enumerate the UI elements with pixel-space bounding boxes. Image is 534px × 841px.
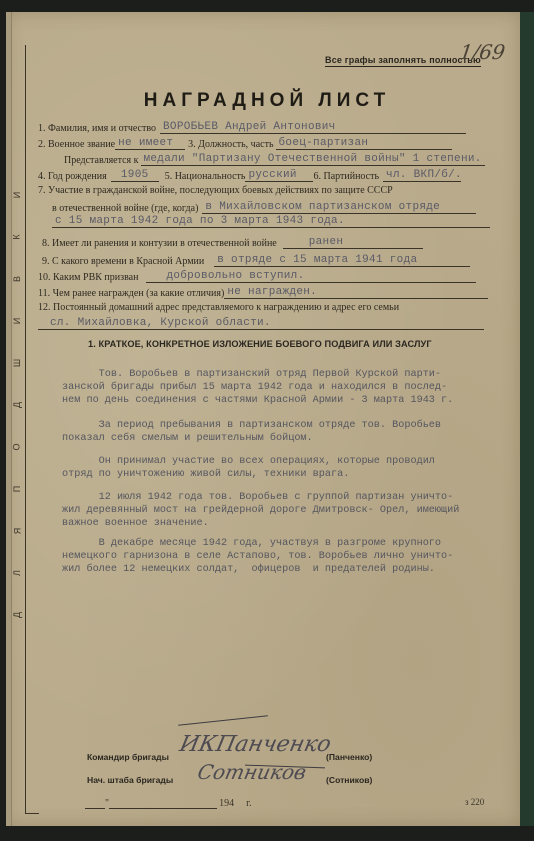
field-6-value: чл. ВКП/б/.: [383, 169, 461, 182]
date-year-suffix: г.: [246, 798, 251, 809]
field-6-label: 6. Партийность: [313, 171, 379, 182]
field-3-value: боец-партизан: [276, 137, 452, 150]
field-2-3-row: 2. Военное звание не имеет 3. Должность,…: [38, 137, 452, 150]
vertical-margin-label: И К В И Ш Д О П Я Л Д: [10, 190, 24, 620]
field-3-label: 3. Должность, часть: [188, 139, 273, 150]
field-10-row: 10. Каким РВК призван добровольно вступи…: [38, 270, 476, 283]
margin-letter: И: [12, 318, 22, 324]
field-1-label: 1. Фамилия, имя и отчество: [38, 123, 156, 134]
presented-value: медали "Партизану Отечественной войны" 1…: [141, 153, 485, 166]
margin-rule-foot: [25, 813, 39, 814]
presented-label: Представляется к: [64, 155, 139, 166]
field-2-value: не имеет: [115, 137, 185, 150]
form-code: з 220: [465, 797, 484, 807]
field-10-value: добровольно вступил.: [146, 270, 476, 283]
chief-of-staff-label: Нач. штаба бригады: [87, 775, 173, 785]
presented-row: Представляется к медали "Партизану Отече…: [64, 153, 485, 166]
field-7-label-line1: 7. Участие в гражданской войне, последую…: [38, 185, 393, 196]
field-10-label: 10. Каким РВК призван: [38, 272, 138, 283]
fill-instruction: Все графы заполнять полностью: [325, 55, 481, 67]
field-4-label: 4. Год рождения: [38, 171, 107, 182]
document-title: НАГРАДНОЙ ЛИСТ: [0, 90, 534, 112]
field-12-row: 12. Постоянный домашний адрес представля…: [38, 302, 399, 313]
field-9-row: 9. С какого времени в Красной Армии в от…: [42, 254, 470, 267]
field-1-row: 1. Фамилия, имя и отчество ВОРОБЬЕВ Андр…: [38, 121, 466, 134]
margin-letter: К: [12, 234, 22, 239]
merit-paragraph-1: Тов. Воробьев в партизанский отряд Перво…: [62, 368, 510, 408]
field-5-value: русский: [245, 169, 313, 182]
field-11-value: не награжден.: [224, 286, 488, 299]
field-12-value: сл. Михайловка, Курской области.: [38, 317, 484, 330]
field-8-label: 8. Имеет ли ранения и контузии в отечест…: [42, 238, 277, 249]
merit-paragraph-3: Он принимал участие во всех операциях, к…: [62, 455, 510, 481]
field-9-label: 9. С какого времени в Красной Армии: [42, 256, 204, 267]
archive-number-handwritten: 1/69: [458, 40, 506, 64]
margin-letter: О: [12, 443, 22, 450]
margin-rule: [25, 45, 26, 813]
field-7-row-2: в отечественной войне (где, когда) в Мих…: [52, 201, 476, 214]
field-12-value-row: сл. Михайловка, Курской области.: [38, 317, 484, 330]
field-4-value: 1905: [111, 169, 159, 182]
margin-letter: И: [12, 192, 22, 198]
field-11-label: 11. Чем ранее награжден (за какие отличи…: [38, 288, 224, 299]
merit-paragraph-2: За период пребывания в партизанском отря…: [62, 419, 510, 445]
commander-name: (Панченко): [326, 752, 372, 762]
merit-paragraph-4: 12 июля 1942 года тов. Воробьев с группо…: [62, 491, 510, 531]
field-7-value-line2: с 15 марта 1942 года по 3 марта 1943 год…: [52, 215, 490, 228]
commander-signature: ИКПанченко: [177, 732, 333, 757]
margin-letter: В: [12, 276, 22, 282]
margin-letter: Я: [12, 528, 22, 535]
field-7-value-line1: в Михайловском партизанском отряде: [202, 201, 476, 214]
field-2-label: 2. Военное звание: [38, 139, 115, 150]
margin-letter: Ш: [12, 359, 22, 367]
field-7-row-3: с 15 марта 1942 года по 3 марта 1943 год…: [52, 215, 490, 228]
date-day-blank: [85, 797, 105, 809]
margin-letter: Д: [12, 612, 22, 618]
field-4-5-6-row: 4. Год рождения 1905 5. Национальность р…: [38, 169, 461, 182]
margin-letter: Л: [12, 570, 22, 576]
field-8-row: 8. Имеет ли ранения и контузии в отечест…: [42, 236, 423, 249]
chief-of-staff-name: (Сотников): [326, 775, 372, 785]
date-month-blank: [109, 797, 217, 809]
field-8-value: ранен: [283, 236, 423, 249]
date-line: " 194 г.: [85, 797, 252, 809]
merit-paragraph-5: В декабре месяце 1942 года, участвуя в р…: [62, 537, 510, 577]
margin-letter: Д: [12, 402, 22, 408]
section-heading: 1. КРАТКОЕ, КОНКРЕТНОЕ ИЗЛОЖЕНИЕ БОЕВОГО…: [88, 339, 432, 349]
date-year-prefix: 194: [219, 798, 234, 809]
binder-edge: [520, 12, 534, 826]
field-9-value: в отряде с 15 марта 1941 года: [214, 254, 470, 267]
field-12-label: 12. Постоянный домашний адрес представля…: [38, 302, 399, 313]
field-7-label-line2: в отечественной войне (где, когда): [52, 203, 198, 214]
chief-of-staff-signature: Сотников: [195, 760, 308, 784]
field-11-row: 11. Чем ранее награжден (за какие отличи…: [38, 286, 488, 299]
commander-label: Командир бригады: [87, 752, 169, 762]
field-7-row-1: 7. Участие в гражданской войне, последую…: [38, 185, 393, 196]
margin-letter: П: [12, 486, 22, 492]
field-5-label: 5. Национальность: [165, 171, 246, 182]
field-1-value: ВОРОБЬЕВ Андрей Антонович: [160, 121, 466, 134]
